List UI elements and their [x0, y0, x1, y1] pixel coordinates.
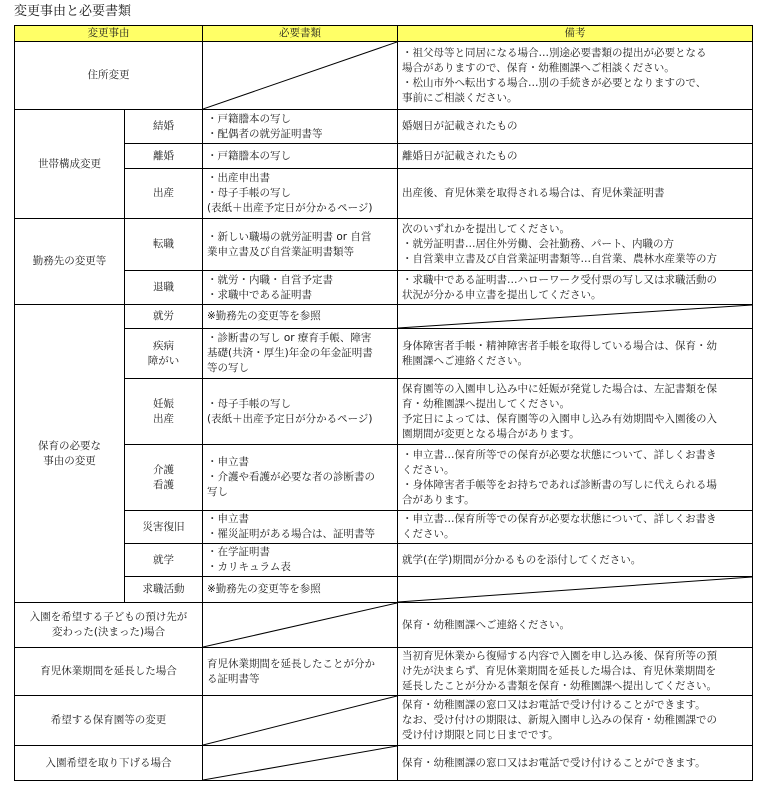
- notes-cell: 婚姻日が記載されたもの: [398, 110, 753, 144]
- notes-cell: ・申立書…保育所等での保育が必要な状態について、詳しくお書き ください。: [398, 511, 753, 544]
- empty-diagonal-cell: [398, 305, 753, 329]
- documents-cell: ・申立書 ・介護や看護が必要な者の診断書の 写し: [203, 445, 398, 511]
- table-row: 勤務先の変更等 転職 ・新しい職場の就労証明書 or 自営 業申立書及び自営業証…: [15, 219, 753, 271]
- table-row: 希望する保育園等の変更 保育・幼稚園課の窓口又はお電話で受け付けることができます…: [15, 696, 753, 746]
- table-row: 求職活動 ※勤務先の変更等を参照: [15, 577, 753, 603]
- sub-reason-cell: 結婚: [125, 110, 203, 144]
- table-row: 就学 ・在学証明書 ・カリキュラム表 就学(在学)期間が分かるものを添付してくだ…: [15, 544, 753, 577]
- documents-cell: ・申立書 ・罹災証明がある場合は、証明書等: [203, 511, 398, 544]
- notes-cell: ・求職中である証明書…ハローワーク受付票の写し又は求職活動の 状況が分かる申立書…: [398, 271, 753, 305]
- documents-cell: ・就労・内職・自営予定書 ・求職中である証明書: [203, 271, 398, 305]
- table-row: 疾病 障がい ・診断書の写し or 療育手帳、障害 基礎(共済・厚生)年金の年金…: [15, 329, 753, 379]
- table-row: 入園希望を取り下げる場合 保育・幼稚園課の窓口又はお電話で受け付けることができま…: [15, 746, 753, 781]
- sub-reason-cell: 災害復旧: [125, 511, 203, 544]
- sub-reason-cell: 退職: [125, 271, 203, 305]
- sub-reason-cell: 出産: [125, 169, 203, 219]
- documents-cell: ・戸籍謄本の写し ・配偶者の就労証明書等: [203, 110, 398, 144]
- table-header-row: 変更事由 必要書類 備考: [15, 26, 753, 42]
- documents-cell: ・母子手帳の写し (表紙＋出産予定日が分かるページ): [203, 379, 398, 445]
- documents-cell: ・在学証明書 ・カリキュラム表: [203, 544, 398, 577]
- reason-cell: 入園希望を取り下げる場合: [15, 746, 203, 781]
- empty-diagonal-cell: [203, 603, 398, 648]
- sub-reason-cell: 求職活動: [125, 577, 203, 603]
- reason-cell: 入園を希望する子どもの預け先が 変わった(決まった)場合: [15, 603, 203, 648]
- notes-cell: 身体障害者手帳・精神障害者手帳を取得している場合は、保育・幼 稚園課へご連絡くだ…: [398, 329, 753, 379]
- sub-reason-cell: 転職: [125, 219, 203, 271]
- notes-cell: ・祖父母等と同居になる場合…別途必要書類の提出が必要となる 場合がありますので、…: [398, 42, 753, 110]
- table-row: 住所変更 ・祖父母等と同居になる場合…別途必要書類の提出が必要となる 場合があり…: [15, 42, 753, 110]
- reason-cell: 希望する保育園等の変更: [15, 696, 203, 746]
- reason-cell: 育児休業期間を延長した場合: [15, 648, 203, 696]
- documents-cell: ・戸籍謄本の写し: [203, 144, 398, 169]
- sub-reason-cell: 就学: [125, 544, 203, 577]
- sub-reason-cell: 就労: [125, 305, 203, 329]
- sub-reason-cell: 介護 看護: [125, 445, 203, 511]
- table-row: 災害復旧 ・申立書 ・罹災証明がある場合は、証明書等 ・申立書…保育所等での保育…: [15, 511, 753, 544]
- notes-cell: 保育・幼稚園課へご連絡ください。: [398, 603, 753, 648]
- change-reasons-table: 変更事由 必要書類 備考 住所変更 ・祖父母等と同居になる場合…別途必要書類の提…: [14, 25, 753, 781]
- reason-cell: 世帯構成変更: [15, 110, 125, 219]
- notes-cell: 当初育児休業から復帰する内容で入園を申し込み後、保育所等の預 け先が決まらず、育…: [398, 648, 753, 696]
- table-row: 世帯構成変更 結婚 ・戸籍謄本の写し ・配偶者の就労証明書等 婚姻日が記載された…: [15, 110, 753, 144]
- documents-cell: ※勤務先の変更等を参照: [203, 577, 398, 603]
- notes-cell: 次のいずれかを提出してください。 ・就労証明書…居住外労働、会社勤務、パート、内…: [398, 219, 753, 271]
- empty-diagonal-cell: [203, 746, 398, 781]
- notes-cell: 保育・幼稚園課の窓口又はお電話で受け付けることができます。: [398, 746, 753, 781]
- table-row: 離婚 ・戸籍謄本の写し 離婚日が記載されたもの: [15, 144, 753, 169]
- notes-cell: 離婚日が記載されたもの: [398, 144, 753, 169]
- table-row: 出産 ・出産申出書 ・母子手帳の写し (表紙＋出産予定日が分かるページ) 出産後…: [15, 169, 753, 219]
- table-row: 保育の必要な 事由の変更 就労 ※勤務先の変更等を参照: [15, 305, 753, 329]
- empty-diagonal-cell: [203, 696, 398, 746]
- notes-cell: ・申立書…保育所等での保育が必要な状態について、詳しくお書き ください。 ・身体…: [398, 445, 753, 511]
- table-row: 介護 看護 ・申立書 ・介護や看護が必要な者の診断書の 写し ・申立書…保育所等…: [15, 445, 753, 511]
- table-row: 入園を希望する子どもの預け先が 変わった(決まった)場合 保育・幼稚園課へご連絡…: [15, 603, 753, 648]
- notes-cell: 保育園等の入園申し込み中に妊娠が発覚した場合は、左記書類を保 育・幼稚園課へ提出…: [398, 379, 753, 445]
- table-row: 妊娠 出産 ・母子手帳の写し (表紙＋出産予定日が分かるページ) 保育園等の入園…: [15, 379, 753, 445]
- sub-reason-cell: 妊娠 出産: [125, 379, 203, 445]
- page-title: 変更事由と必要書類: [14, 4, 131, 20]
- empty-diagonal-cell: [398, 577, 753, 603]
- documents-cell: ・診断書の写し or 療育手帳、障害 基礎(共済・厚生)年金の年金証明書 等の写…: [203, 329, 398, 379]
- table-row: 退職 ・就労・内職・自営予定書 ・求職中である証明書 ・求職中である証明書…ハロ…: [15, 271, 753, 305]
- empty-diagonal-cell: [203, 42, 398, 110]
- table-row: 育児休業期間を延長した場合 育児休業期間を延長したことが分か る証明書等 当初育…: [15, 648, 753, 696]
- header-notes: 備考: [398, 26, 753, 42]
- notes-cell: 就学(在学)期間が分かるものを添付してください。: [398, 544, 753, 577]
- sub-reason-cell: 離婚: [125, 144, 203, 169]
- notes-cell: 出産後、育児休業を取得される場合は、育児休業証明書: [398, 169, 753, 219]
- documents-cell: 育児休業期間を延長したことが分か る証明書等: [203, 648, 398, 696]
- reason-cell: 勤務先の変更等: [15, 219, 125, 305]
- documents-cell: ・新しい職場の就労証明書 or 自営 業申立書及び自営業証明書類等: [203, 219, 398, 271]
- header-documents: 必要書類: [203, 26, 398, 42]
- notes-cell: 保育・幼稚園課の窓口又はお電話で受け付けることができます。 なお、受け付けの期限…: [398, 696, 753, 746]
- documents-cell: ※勤務先の変更等を参照: [203, 305, 398, 329]
- documents-cell: ・出産申出書 ・母子手帳の写し (表紙＋出産予定日が分かるページ): [203, 169, 398, 219]
- reason-cell: 保育の必要な 事由の変更: [15, 305, 125, 603]
- reason-cell: 住所変更: [15, 42, 203, 110]
- header-reason: 変更事由: [15, 26, 203, 42]
- sub-reason-cell: 疾病 障がい: [125, 329, 203, 379]
